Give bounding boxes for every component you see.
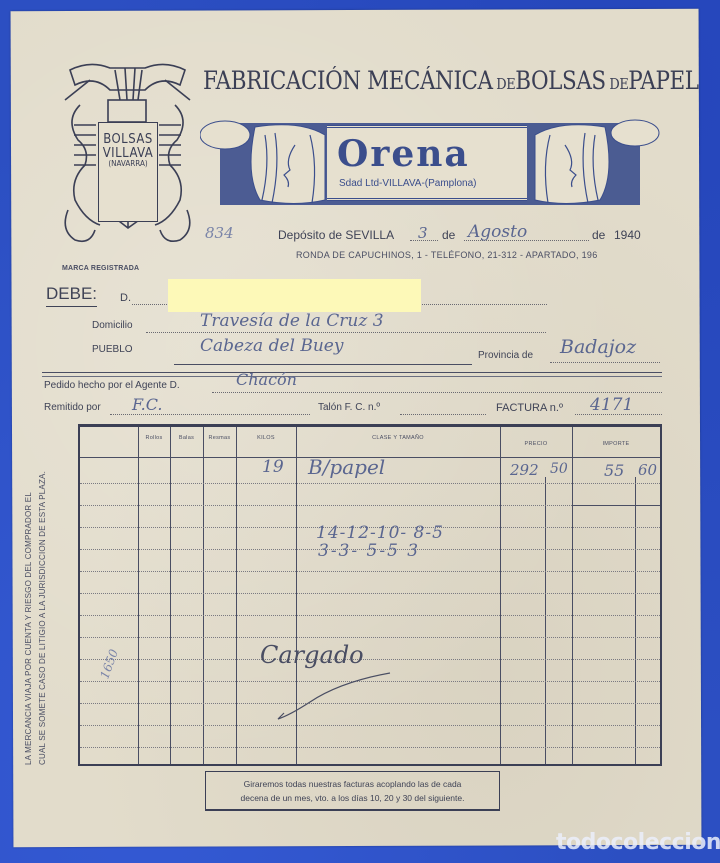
talon-label: Talón F. C. n.º [318, 402, 380, 413]
brand-name: Orena [337, 133, 470, 175]
title-part-3: BOLSAS [515, 66, 606, 95]
row1-importe-dec: 60 [638, 461, 657, 479]
logo-text-2: VILLAVA [103, 147, 154, 161]
note-line-2: 3-3- 5-5 3 [318, 541, 420, 561]
header-precio: PRECIO [500, 441, 572, 447]
talon-line [400, 414, 486, 415]
items-table: Rollos Balas Resmas KILOS CLASE Y TAMAÑO… [78, 424, 662, 766]
signature: Cargado [260, 641, 364, 669]
factura-value: 4171 [590, 395, 633, 415]
debe-label: DEBE: [46, 284, 97, 307]
deposit-label: Depósito de SEVILLA [278, 228, 394, 242]
payment-terms-line-1: Giraremos todas nuestras facturas acopla… [206, 777, 499, 791]
deposit-day: 3 [418, 224, 428, 242]
side-number: 1650 [97, 647, 121, 680]
col-divider [500, 427, 501, 764]
redaction-sticker [168, 279, 421, 312]
title-part-4: DE [609, 75, 628, 93]
title-part-1: FABRICACIÓN MECÁNICA [203, 66, 493, 95]
agente-line [212, 392, 662, 393]
section-divider-1 [42, 372, 662, 373]
row-line [80, 659, 660, 660]
d-label: D. [120, 292, 131, 304]
col-divider [170, 427, 171, 764]
deposit-de-2: de [592, 228, 605, 242]
deposit-year: 1940 [614, 228, 641, 242]
col-divider [545, 477, 546, 764]
logo-text-3: (NAVARRA) [108, 160, 147, 168]
brand-subtitle: Sdad Ltd-VILLAVA-(Pamplona) [339, 178, 476, 189]
side-legal-note: LA MERCANCIA VIAJA POR CUENTA Y RIESGO D… [22, 471, 50, 765]
domicilio-value: Travesía de la Cruz 3 [200, 311, 384, 331]
side-note-line-2: CUAL SE SOMETE CASO DE LITIGIO A LA JURI… [36, 471, 50, 765]
row-line [80, 593, 660, 594]
payment-terms-box: Giraremos todas nuestras facturas acopla… [205, 771, 500, 811]
remitido-line [110, 414, 310, 415]
row-line [80, 637, 660, 638]
header-clase: CLASE Y TAMAÑO [296, 435, 500, 441]
header-importe: IMPORTE [572, 441, 660, 447]
deposit-de-1: de [442, 228, 455, 242]
pueblo-label: PUEBLO [92, 344, 133, 355]
note-line-1: 14-12-10- 8-5 [316, 523, 444, 543]
trademark-label: MARCA REGISTRADA [62, 265, 139, 272]
remitido-label: Remitido por [44, 402, 101, 413]
header-rollos: Rollos [138, 435, 170, 441]
row-line [80, 747, 660, 748]
header-resmas: Resmas [203, 435, 236, 441]
company-logo: BOLSAS VILLAVA (NAVARRA) [60, 60, 195, 250]
row1-precio-dec: 50 [550, 461, 568, 477]
col-divider [203, 427, 204, 764]
factura-label: FACTURA n.º [496, 402, 563, 414]
brand-banner: Orena Sdad Ltd-VILLAVA-(Pamplona) [200, 115, 660, 212]
col-divider [236, 427, 237, 764]
watermark: todocoleccion [556, 830, 720, 855]
row-line [80, 615, 660, 616]
agente-label: Pedido hecho por el Agente D. [44, 380, 180, 391]
row-line [80, 483, 660, 484]
importe-subtotal-rule [572, 505, 660, 506]
signature-flourish-icon [270, 667, 410, 727]
col-divider [138, 427, 139, 764]
logo-shield: BOLSAS VILLAVA (NAVARRA) [98, 122, 158, 222]
side-note-line-1: LA MERCANCIA VIAJA POR CUENTA Y RIESGO D… [22, 471, 36, 765]
section-divider-2 [42, 376, 662, 377]
pueblo-value: Cabeza del Buey [200, 336, 343, 356]
provincia-line [550, 362, 660, 363]
deposit-month: Agosto [468, 222, 527, 242]
row1-precio-int: 292 [510, 461, 539, 479]
domicilio-line [146, 332, 546, 333]
letterhead-title: FABRICACIÓN MECÁNICA DEBOLSAS DEPAPEL [203, 66, 590, 95]
domicilio-label: Domicilio [92, 320, 133, 331]
row1-clase: B/papel [308, 455, 385, 479]
title-part-2: DE [496, 75, 515, 93]
row1-kilos: 19 [262, 457, 284, 477]
payment-terms-line-2: decena de un mes, vto. a los días 10, 20… [206, 791, 499, 805]
col-divider [572, 427, 573, 764]
ref-number: 834 [205, 224, 234, 242]
header-kilos: KILOS [236, 435, 296, 441]
row1-importe-int: 55 [604, 461, 624, 480]
provincia-value: Badajoz [560, 336, 636, 358]
agente-value: Chacón [236, 370, 297, 389]
row-line [80, 571, 660, 572]
pueblo-line [174, 364, 472, 365]
remitido-value: F.C. [132, 395, 162, 414]
title-part-5: PAPEL [628, 66, 698, 95]
provincia-label: Provincia de [478, 350, 533, 361]
col-divider [635, 477, 636, 764]
logo-text-1: BOLSAS [103, 133, 153, 147]
address-line: RONDA DE CAPUCHINOS, 1 - TELÉFONO, 21-31… [296, 250, 598, 260]
brand-panel: Orena Sdad Ltd-VILLAVA-(Pamplona) [327, 125, 527, 201]
header-balas: Balas [170, 435, 203, 441]
